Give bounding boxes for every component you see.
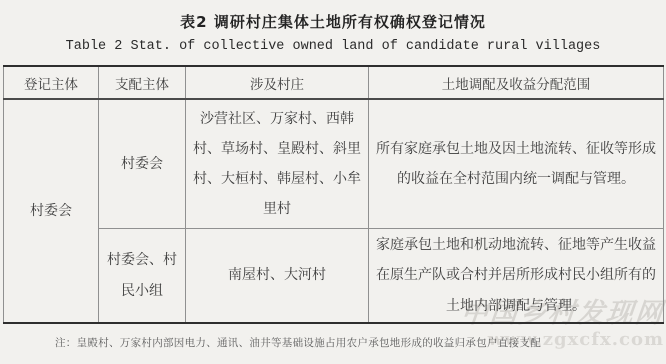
header-row: 登记主体 支配主体 涉及村庄 土地调配及收益分配范围 — [4, 66, 664, 99]
table-row: 村委会、村民小组 南屋村、大河村 家庭承包土地和机动地流转、征地等产生收益在原生… — [4, 229, 664, 324]
cell-villages: 沙营社区、万家村、西韩村、草场村、皇殿村、斜里村、大桓村、韩屋村、小牟里村 — [186, 99, 369, 229]
cell-villages: 南屋村、大河村 — [186, 229, 369, 324]
header-controlling-subject: 支配主体 — [99, 66, 186, 99]
cell-allocation-scope: 家庭承包土地和机动地流转、征地等产生收益在原生产队或合村并居所形成村民小组所有的… — [369, 229, 664, 324]
cell-registration-subject: 村委会 — [4, 99, 99, 323]
cell-controlling-subject: 村委会 — [99, 99, 186, 229]
table-row: 村委会 村委会 沙营社区、万家村、西韩村、草场村、皇殿村、斜里村、大桓村、韩屋村… — [4, 99, 664, 229]
table-title-chinese: 表2 调研村庄集体土地所有权确权登记情况 — [0, 0, 666, 32]
page: 表2 调研村庄集体土地所有权确权登记情况 Table 2 Stat. of co… — [0, 0, 666, 364]
land-registration-table: 登记主体 支配主体 涉及村庄 土地调配及收益分配范围 村委会 村委会 沙营社区、… — [3, 65, 664, 324]
header-allocation-scope: 土地调配及收益分配范围 — [369, 66, 664, 99]
footnote: 注：皇殿村、万家村内部因电力、通讯、油井等基础设施占用农户承包地形成的收益归承包… — [55, 335, 541, 350]
header-involved-villages: 涉及村庄 — [186, 66, 369, 99]
header-registration-subject: 登记主体 — [4, 66, 99, 99]
cell-allocation-scope: 所有家庭承包土地及因土地流转、征收等形成的收益在全村范围内统一调配与管理。 — [369, 99, 664, 229]
table-title-english: Table 2 Stat. of collective owned land o… — [0, 39, 666, 54]
cell-controlling-subject: 村委会、村民小组 — [99, 229, 186, 324]
